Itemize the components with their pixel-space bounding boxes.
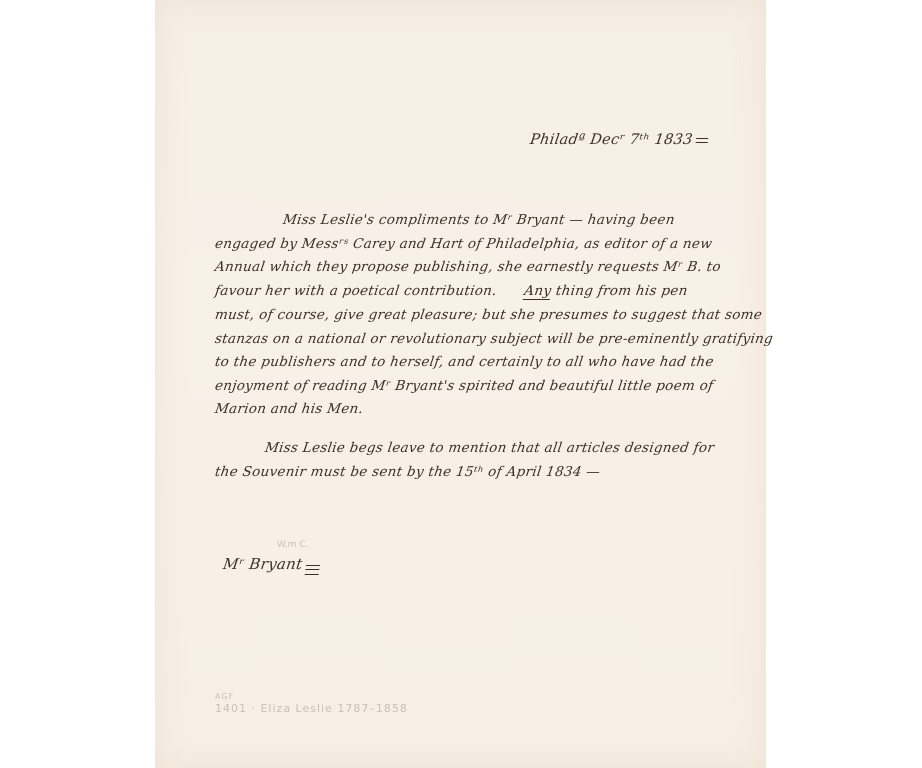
addressee-flourish — [305, 565, 320, 575]
body-line: Miss Leslie's compliments to Mʳ Bryant —… — [282, 212, 676, 228]
body-text: thing from his pen — [550, 283, 689, 299]
body-line: must, of course, give great pleasure; bu… — [214, 307, 763, 323]
body-line: Miss Leslie begs leave to mention that a… — [264, 440, 715, 456]
catalog-ref: AGF — [215, 692, 234, 701]
pencil-catalog-note: AGF 1401 · Eliza Leslie 1787–1858 — [215, 702, 408, 715]
body-line: to the publishers and to herself, and ce… — [214, 354, 715, 370]
letter-paper: Philadª Decʳ 7ᵗʰ 1833 Miss Leslie's comp… — [155, 0, 766, 768]
body-line: Annual which they propose publishing, sh… — [214, 259, 722, 275]
pencil-annotation: W.m C. — [277, 540, 309, 550]
date-flourish — [695, 138, 708, 143]
catalog-text: 1401 · Eliza Leslie 1787–1858 — [215, 702, 408, 715]
addressee: Mʳ Bryant — [222, 555, 322, 575]
date-text: Philadª Decʳ 7ᵗʰ 1833 — [529, 132, 694, 148]
addressee-text: Mʳ Bryant — [222, 555, 304, 573]
body-line: enjoyment of reading Mʳ Bryant's spirite… — [214, 378, 715, 394]
dateline: Philadª Decʳ 7ᵗʰ 1833 — [529, 132, 709, 148]
body-line: stanzas on a national or revolutionary s… — [214, 331, 774, 347]
body-text: favour her with a poetical contribution. — [214, 283, 498, 299]
body-line: engaged by Messʳˢ Carey and Hart of Phil… — [214, 236, 713, 252]
underlined-word: Any — [523, 283, 552, 300]
body-line: favour her with a poetical contribution.… — [214, 283, 689, 299]
body-line: the Souvenir must be sent by the 15ᵗʰ of… — [214, 464, 601, 480]
body-line: Marion and his Men. — [214, 401, 364, 417]
